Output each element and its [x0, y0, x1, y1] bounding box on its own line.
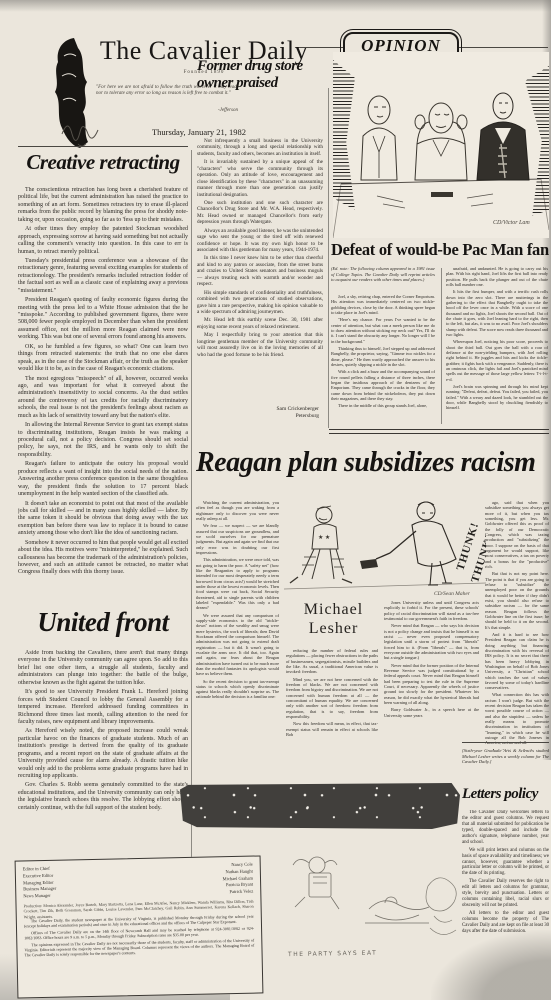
paragraph: It's good to see University President Fr… — [18, 689, 188, 726]
paragraph: The opinions expressed in The Cavalier D… — [24, 938, 254, 958]
paragraph: It doesn't take an economist to point ou… — [18, 501, 188, 538]
lesher-col1: Watching the current administration, you… — [196, 500, 279, 750]
editorial-title-creative-retracting: Creative retracting — [18, 150, 188, 175]
cartoon-party-sketch — [265, 843, 445, 945]
paragraph: We will print letters and columns on the… — [462, 848, 549, 878]
lesher-headline: Reagan plan subsidizes racism — [196, 447, 551, 479]
lesher-byline: Michael Lesher — [286, 600, 381, 638]
masthead-quote-attribution: -Jefferson — [96, 108, 238, 113]
editorial-cartoon-pacman: CD/Victor Lam — [333, 52, 549, 238]
paragraph: Now this freedom will mean, in effect, t… — [286, 721, 378, 737]
paragraph: Barry Goldwater Jr., in a speech here at… — [384, 707, 479, 718]
paragraph: But that is not my point here. The point… — [485, 571, 549, 630]
editorial-title-united-front: United front — [18, 607, 188, 638]
cartoon-side-sketch — [420, 866, 464, 944]
cartoon-night-sky-band — [180, 783, 460, 829]
paragraph: With a click and a buzz and the accompan… — [331, 369, 435, 401]
drugstore-letter-body: Not infrequently a small business in the… — [197, 138, 323, 406]
lesher-closing-note: [Sixth-year Graduate Arts & Sciences stu… — [462, 748, 549, 765]
paragraph: Aside from backing the Cavaliers, there … — [18, 650, 188, 687]
paragraph: Tuesday's presidential press conference … — [18, 258, 188, 295]
paragraph: Never mind that the former position of t… — [384, 663, 479, 706]
paragraph: This administration, we were once told, … — [196, 557, 279, 610]
paragraph: President Reagan's quoting of faulty eco… — [18, 297, 188, 342]
scan-shadow-top — [0, 0, 551, 12]
paragraph: The most egregious "misspeech" of all, h… — [18, 376, 188, 421]
paragraph: So the recent decision to grant tax-exem… — [196, 679, 279, 700]
united-front-body: Aside from backing the Cavaliers, there … — [18, 650, 188, 854]
paragraph: Not infrequently a small business in the… — [197, 138, 323, 157]
paragraph: And it is hard to see how President Reag… — [485, 632, 549, 691]
paragraph: In this time I never knew him to be othe… — [197, 255, 323, 287]
paragraph: All letters to the editor and guest colu… — [462, 911, 549, 935]
paragraph: Whereupon Joel, noticing his poor score,… — [446, 339, 548, 382]
cartoon-credit-lesher: CD/Sean Maher — [434, 591, 471, 597]
paragraph: Mind you, we are not here concerned with… — [286, 677, 378, 720]
pacman-column-title: Defeat of would-be Pac Man fan — [331, 240, 551, 260]
paragraph: Never mind that Reagan — who says his de… — [384, 623, 479, 660]
paragraph: reducing the number of federal rules and… — [286, 648, 378, 675]
letters-policy-title: Letters policy — [462, 786, 549, 803]
cartoon-credit-pacman: CD/Victor Lam — [493, 220, 530, 226]
paragraph: One such institution and one such charac… — [197, 200, 323, 226]
pacman-bottom-rule — [329, 429, 549, 434]
paragraph: ago, said that when you subsidize someth… — [485, 500, 549, 569]
lesher-col4: ago, said that when you subsidize someth… — [485, 500, 549, 750]
paragraph: His simple standards of confidentiality … — [197, 290, 323, 316]
paragraph: We fear — we suspect — we are blandly as… — [196, 523, 279, 555]
paragraph: As Hereford wisely noted, the proposed i… — [18, 728, 188, 780]
paragraph: unafraid, and undaunted. He is going to … — [446, 266, 548, 287]
paragraph: Gov. Charles S. Robb seems genuinely com… — [18, 782, 188, 812]
paragraph: What connection this has with racism I w… — [485, 692, 549, 745]
paragraph: It hits the first bumper, and with a ter… — [446, 289, 548, 337]
paragraph: Joel, a shy, retiring chap, entered the … — [331, 294, 435, 315]
staff-role-name: Patrick Velez — [229, 889, 253, 896]
column-rule-2 — [328, 88, 329, 428]
paragraph: Jones University unless and until Congre… — [384, 600, 479, 621]
cartoon-uncle-sam-kicked: ★ ★ THUNK! THUNK! CD/Sean Maher — [284, 497, 486, 597]
paragraph: Joel's brain was spinning and through hi… — [446, 384, 548, 411]
letter-signature-city: Petersburg — [197, 413, 319, 420]
paragraph: It is invariably sustained by a unique a… — [197, 159, 323, 198]
letters-policy-top-rule — [462, 742, 549, 743]
paragraph: At other times they employ the patented … — [18, 226, 188, 256]
cartoon-party-caption: THE PARTY SAYS EAT — [288, 949, 418, 958]
lesher-col3: Jones University unless and until Congre… — [384, 600, 479, 750]
paragraph: "Here's my chance. For years I've wanted… — [331, 317, 435, 344]
paragraph: OK, so he fumbled a few figures, so what… — [18, 344, 188, 374]
pacman-col2: unafraid, and undaunted. He is going to … — [446, 266, 548, 426]
column-rule-1 — [191, 150, 192, 858]
masthead-date: Thursday, January 21, 1982 — [88, 127, 310, 137]
paragraph: The Cavalier Daily welcomes letters to t… — [462, 810, 549, 846]
paragraph: The conscientious retraction has long be… — [18, 187, 188, 224]
paragraph: Always an available good listener, he wa… — [197, 228, 323, 254]
pacman-ed-note: (Ed. note: The following column appeared… — [331, 266, 435, 283]
letter-title-drugstore: Former drug store owner praised — [197, 58, 323, 93]
letters-policy-body: The Cavalier Daily welcomes letters to t… — [462, 810, 549, 996]
lesher-byline-first: Michael — [286, 600, 381, 619]
paragraph: The Cavalier Daily reserves the right to… — [462, 879, 549, 909]
staff-roles: Editor in ChiefNancy ColeExecutive Edito… — [23, 862, 254, 901]
paragraph: There in the middle of this group stands… — [331, 403, 435, 408]
paragraph: Mr. Head left this earthly scene Dec. 30… — [197, 317, 323, 330]
paragraph: Reagan's failure to anticipate the outcr… — [18, 461, 188, 498]
staff-legal: The Cavalier Daily, the student newspape… — [24, 915, 255, 960]
lesher-col2: reducing the number of federal rules and… — [286, 648, 378, 750]
paragraph: We were assured that any comparison of s… — [196, 613, 279, 677]
staff-box: Editor in ChiefNancy ColeExecutive Edito… — [15, 855, 264, 998]
paragraph: Somehow it never occurred to him that pe… — [18, 540, 188, 577]
paragraph: Watching the current administration, you… — [196, 500, 279, 521]
editorial-top-rule — [18, 146, 188, 147]
creative-retracting-body: The conscientious retraction has long be… — [18, 187, 188, 605]
column-rule-3 — [441, 268, 442, 424]
paragraph: Thinking thus to himself, Joel stepped u… — [331, 346, 435, 367]
pacman-col1: Joel, a shy, retiring chap, entered the … — [331, 294, 435, 426]
lesher-byline-last: Lesher — [286, 619, 381, 638]
staff-role-title: News Manager — [23, 893, 51, 900]
paragraph: In allowing the Internal Revenue Service… — [18, 422, 188, 459]
cartoon-three-men-drawing: CD/Victor Lam — [333, 52, 549, 238]
newspaper-page: The Cavalier Daily Founded 1890 "For her… — [0, 0, 551, 1000]
paragraph: May I respectfully bring to your attenti… — [197, 332, 323, 358]
star-glyphs: ★ ★ — [318, 534, 330, 541]
